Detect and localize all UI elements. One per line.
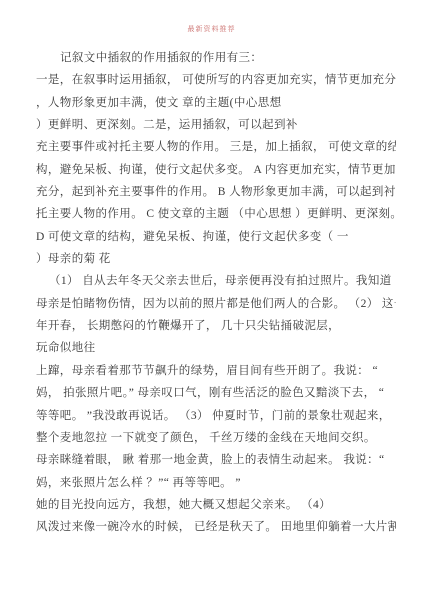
text-line: 妈， 拍张照片吧。” 母亲叹口气，刚有些活泛的脸色又黯淡下去， “ [36,382,396,404]
text-line: D 可使文章的结构，避免呆板、拘谨，使行文起伏多变（ 一 [36,226,396,248]
text-line: 她的目光投向远方，我想，她大概又想起父亲来。 （4） [36,494,396,516]
document-body: 记叙文中插叙的作用插叙的作用有三：一是，在叙事时运用插叙， 可使所写的内容更加充… [36,47,396,539]
text-line: ，人物形象更加丰满，使文 章的主题(中心思想 [36,92,396,114]
document-page: 最新资料推荐 记叙文中插叙的作用插叙的作用有三：一是，在叙事时运用插叙， 可使所… [0,0,423,600]
text-line: ）更鲜明、更深刻。二是，运用插叙，可以起到补 [36,114,396,136]
text-line: 上蹿，母亲看着那节节飙升的绿势，眉目间有些开朗了。我说： “ [36,360,396,382]
text-line: ）母亲的菊 花 [36,248,396,270]
text-line: 母亲是怕睹物伤情，因为以前的照片都是他们两人的合影。 （2） 这一 [36,293,396,315]
text-line: 母亲眯缝着眼， 瞅 着那一地金黄，脸上的表情生动起来。 我说：“ [36,449,396,471]
text-line: 记叙文中插叙的作用插叙的作用有三： [36,47,396,69]
text-line: 妈，来张照片怎么样 ？”“ 再等等吧。 ” [36,472,396,494]
header-watermark: 最新资料推荐 [0,24,423,34]
text-line: （1） 自从去年冬天父亲去世后，母亲便再没有拍过照片。我知道 [36,270,396,292]
text-line: 充分，起到补充主要事件的作用。 B 人物形象更加丰满，可以起到衬 [36,181,396,203]
text-line: 一是，在叙事时运用插叙， 可使所写的内容更加充实，情节更加充分 [36,69,396,91]
text-line: 风泼过来像一碗冷水的时候， 已经是秋天了。 田地里仰躺着一大片割 [36,516,396,538]
text-line: 年开春， 长期憋闷的竹鞭爆开了， 几十只尖钻捅破泥层， [36,315,396,337]
text-line: 托主要人物的作用。 C 使文章的主题 （中心思想 ）更鲜明、更深刻。 [36,203,396,225]
text-line: 整个麦地忽拉 一下就变了颜色， 千丝万缕的金线在天地间交织。 [36,427,396,449]
text-line: 玩命似地往 [36,337,396,359]
text-line: 构，避免呆板、拘谨，使行文起伏多变。 A 内容更加充实，情节更加 [36,159,396,181]
text-line: 等等吧。 ”我没敢再说话。 （3） 仲夏时节，门前的景象壮观起来， [36,405,396,427]
text-line: 充主要事件或衬托主要人物的作用。 三是，加上插叙， 可使文章的结 [36,136,396,158]
